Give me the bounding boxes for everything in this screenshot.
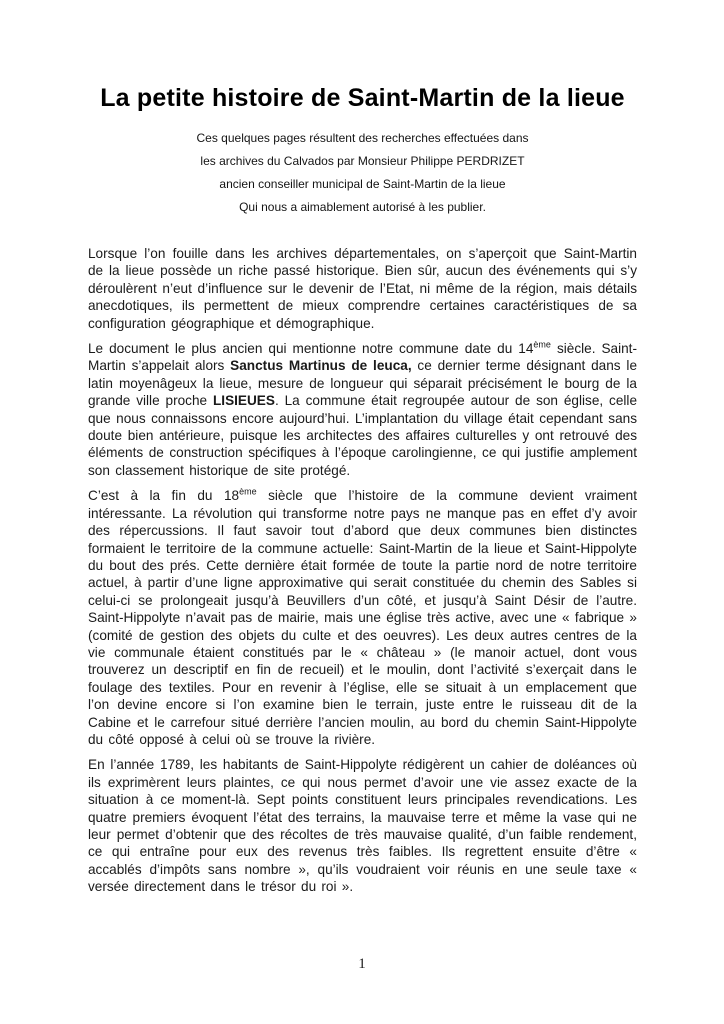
subtitle-block: Ces quelques pages résultent des recherc… [88, 127, 637, 219]
document-page: La petite histoire de Saint-Martin de la… [0, 0, 724, 1024]
page-number: 1 [0, 956, 724, 973]
paragraph: En l’année 1789, les habitants de Saint-… [88, 756, 637, 895]
subtitle-line: Qui nous a aimablement autorisé à les pu… [88, 196, 637, 219]
paragraph: Lorsque l’on fouille dans les archives d… [88, 245, 637, 332]
paragraph: C’est à la fin du 18ème siècle que l’his… [88, 487, 637, 748]
subtitle-line: les archives du Calvados par Monsieur Ph… [88, 150, 637, 173]
document-body: Lorsque l’on fouille dans les archives d… [88, 245, 637, 896]
subtitle-line: Ces quelques pages résultent des recherc… [88, 127, 637, 150]
paragraph: Le document le plus ancien qui mentionne… [88, 340, 637, 479]
subtitle-line: ancien conseiller municipal de Saint-Mar… [88, 173, 637, 196]
page-title: La petite histoire de Saint-Martin de la… [88, 84, 637, 113]
